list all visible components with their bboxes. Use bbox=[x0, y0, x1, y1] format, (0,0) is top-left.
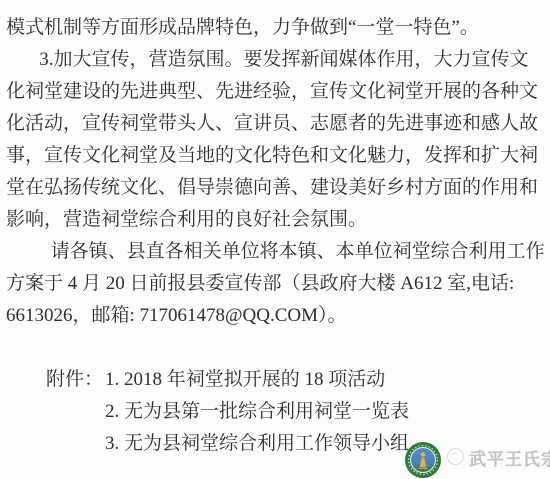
paragraph-publicity: 3.加大宣传，营造氛围。要发挥新闻媒体作用，大力宣传文 化祠堂建设的先进典型、先… bbox=[6, 44, 544, 236]
attachments-list: 1. 2018 年祠堂拟开展的 18 项活动 2. 无为县第一批综合利用祠堂一览… bbox=[105, 364, 409, 460]
paragraph-continuation: 模式机制等方面形成品牌特色，力争做到“一堂一特色”。 bbox=[6, 12, 544, 44]
attachment-item-2: 2. 无为县第一批综合利用祠堂一览表 bbox=[105, 396, 409, 428]
clan-logo-icon bbox=[404, 441, 442, 479]
faint-stamp-icon bbox=[447, 448, 464, 465]
watermark-text: 武平王氏宗亲 bbox=[469, 445, 550, 470]
paragraph-submission-notice: 请各镇、县直各相关单位将本镇、本单位祠堂综合利用工作 方案于 4 月 20 日前… bbox=[6, 236, 544, 332]
attachment-item-3: 3. 无为县祠堂综合利用工作领导小组 bbox=[105, 428, 409, 460]
attachment-item-1: 1. 2018 年祠堂拟开展的 18 项活动 bbox=[105, 364, 409, 396]
attachments-label: 附件： bbox=[46, 364, 103, 396]
document-body: 模式机制等方面形成品牌特色，力争做到“一堂一特色”。 3.加大宣传，营造氛围。要… bbox=[0, 0, 550, 332]
document-page: 模式机制等方面形成品牌特色，力争做到“一堂一特色”。 3.加大宣传，营造氛围。要… bbox=[0, 0, 550, 479]
watermark: 武平王氏宗亲 bbox=[404, 441, 550, 479]
